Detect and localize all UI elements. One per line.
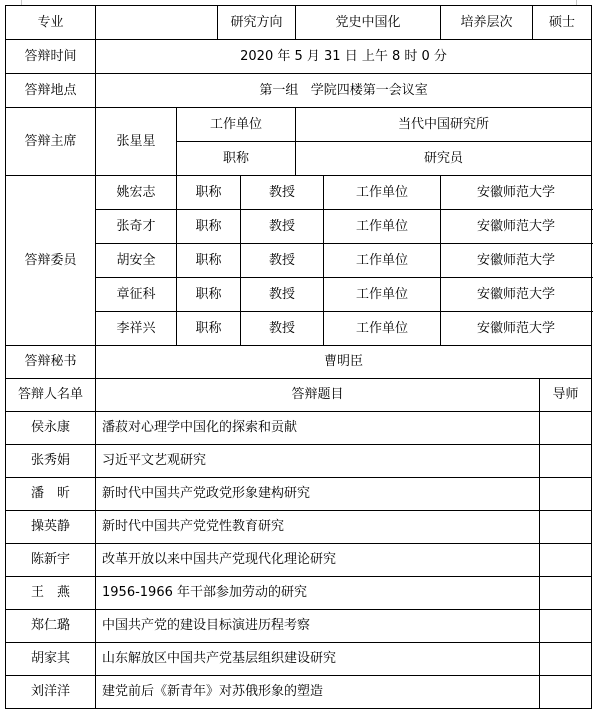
candidate-advisor — [540, 445, 592, 478]
member-title-label: 职称 — [177, 244, 241, 278]
candidate-topic: 潘菽对心理学中国化的探索和贡献 — [96, 412, 540, 445]
row-secretary: 答辩秘书 曹明臣 — [6, 346, 592, 379]
member-unit-label: 工作单位 — [324, 244, 441, 278]
time-value: 2020 年 5 月 31 日 上午 8 时 0 分 — [96, 40, 592, 74]
member-name: 李祥兴 — [96, 312, 177, 346]
committee-label: 答辩委员 — [6, 176, 96, 346]
direction-label: 研究方向 — [218, 6, 296, 40]
member-unit: 安徽师范大学 — [441, 210, 592, 244]
member-title-label: 职称 — [177, 210, 241, 244]
candidate-topic: 建党前后《新青年》对苏俄形象的塑造 — [96, 676, 540, 709]
major-value — [96, 6, 218, 40]
secretary-value: 曹明臣 — [96, 346, 592, 379]
chair-unit-value: 当代中国研究所 — [296, 108, 592, 142]
candidate-advisor — [540, 478, 592, 511]
table-row: 郑仁璐 中国共产党的建设目标演进历程考察 — [6, 610, 592, 643]
row-basic-info: 专业 研究方向 党史中国化 培养层次 硕士 — [6, 6, 592, 40]
table-row: 王 燕 1956-1966 年干部参加劳动的研究 — [6, 577, 592, 610]
member-title: 教授 — [241, 176, 324, 210]
header-candidate: 答辩人名单 — [6, 379, 96, 412]
level-label: 培养层次 — [441, 6, 533, 40]
chair-unit-label: 工作单位 — [177, 108, 296, 142]
major-label: 专业 — [6, 6, 96, 40]
place-label: 答辩地点 — [6, 74, 96, 108]
row-candidates-header: 答辩人名单 答辩题目 导师 — [6, 379, 592, 412]
candidate-name: 胡家其 — [6, 643, 96, 676]
candidate-advisor — [540, 544, 592, 577]
table-row: 胡家其 山东解放区中国共产党基层组织建设研究 — [6, 643, 592, 676]
chair-name: 张星星 — [96, 108, 177, 176]
candidate-name: 侯永康 — [6, 412, 96, 445]
member-name: 胡安全 — [96, 244, 177, 278]
candidate-topic: 山东解放区中国共产党基层组织建设研究 — [96, 643, 540, 676]
member-unit-label: 工作单位 — [324, 210, 441, 244]
candidate-name: 操英静 — [6, 511, 96, 544]
member-title: 教授 — [241, 244, 324, 278]
candidate-topic: 改革开放以来中国共产党现代化理论研究 — [96, 544, 540, 577]
member-name: 姚宏志 — [96, 176, 177, 210]
level-value: 硕士 — [533, 6, 592, 40]
chair-title-label: 职称 — [177, 142, 296, 176]
member-unit: 安徽师范大学 — [441, 244, 592, 278]
member-unit-label: 工作单位 — [324, 312, 441, 346]
candidate-name: 陈新宇 — [6, 544, 96, 577]
candidate-topic: 中国共产党的建设目标演进历程考察 — [96, 610, 540, 643]
candidate-name: 郑仁璐 — [6, 610, 96, 643]
chair-title-value: 研究员 — [296, 142, 592, 176]
member-title: 教授 — [241, 210, 324, 244]
candidate-advisor — [540, 511, 592, 544]
member-title-label: 职称 — [177, 176, 241, 210]
candidate-advisor — [540, 412, 592, 445]
row-defense-time: 答辩时间 2020 年 5 月 31 日 上午 8 时 0 分 — [6, 40, 592, 74]
candidate-name: 刘洋洋 — [6, 676, 96, 709]
candidate-name: 张秀娟 — [6, 445, 96, 478]
member-name: 章征科 — [96, 278, 177, 312]
table-row: 操英静 新时代中国共产党党性教育研究 — [6, 511, 592, 544]
candidate-advisor — [540, 577, 592, 610]
candidate-topic: 习近平文艺观研究 — [96, 445, 540, 478]
defense-arrangement-table: 专业 研究方向 党史中国化 培养层次 硕士 答辩时间 2020 年 5 月 31… — [5, 5, 592, 709]
row-defense-place: 答辩地点 第一组 学院四楼第一会议室 — [6, 74, 592, 108]
direction-value: 党史中国化 — [296, 6, 441, 40]
place-value: 第一组 学院四楼第一会议室 — [96, 74, 592, 108]
candidate-topic: 新时代中国共产党政党形象建构研究 — [96, 478, 540, 511]
member-unit-label: 工作单位 — [324, 176, 441, 210]
candidate-topic: 新时代中国共产党党性教育研究 — [96, 511, 540, 544]
header-advisor: 导师 — [540, 379, 592, 412]
member-unit: 安徽师范大学 — [441, 278, 592, 312]
member-unit-label: 工作单位 — [324, 278, 441, 312]
table-row: 张秀娟 习近平文艺观研究 — [6, 445, 592, 478]
candidate-topic: 1956-1966 年干部参加劳动的研究 — [96, 577, 540, 610]
member-name: 张奇才 — [96, 210, 177, 244]
table-row: 潘 昕 新时代中国共产党政党形象建构研究 — [6, 478, 592, 511]
chair-label: 答辩主席 — [6, 108, 96, 176]
table-row: 陈新宇 改革开放以来中国共产党现代化理论研究 — [6, 544, 592, 577]
member-unit: 安徽师范大学 — [441, 312, 592, 346]
header-topic: 答辩题目 — [96, 379, 540, 412]
candidate-advisor — [540, 610, 592, 643]
candidate-advisor — [540, 643, 592, 676]
member-title: 教授 — [241, 312, 324, 346]
member-unit: 安徽师范大学 — [441, 176, 592, 210]
table-row: 侯永康 潘菽对心理学中国化的探索和贡献 — [6, 412, 592, 445]
committee-row: 答辩委员 姚宏志 职称 教授 工作单位 安徽师范大学 — [6, 176, 592, 210]
candidate-advisor — [540, 676, 592, 709]
secretary-label: 答辩秘书 — [6, 346, 96, 379]
member-title-label: 职称 — [177, 278, 241, 312]
member-title: 教授 — [241, 278, 324, 312]
candidate-name: 王 燕 — [6, 577, 96, 610]
member-title-label: 职称 — [177, 312, 241, 346]
candidate-name: 潘 昕 — [6, 478, 96, 511]
row-chair-unit: 答辩主席 张星星 工作单位 当代中国研究所 — [6, 108, 592, 142]
time-label: 答辩时间 — [6, 40, 96, 74]
table-row: 刘洋洋 建党前后《新青年》对苏俄形象的塑造 — [6, 676, 592, 709]
